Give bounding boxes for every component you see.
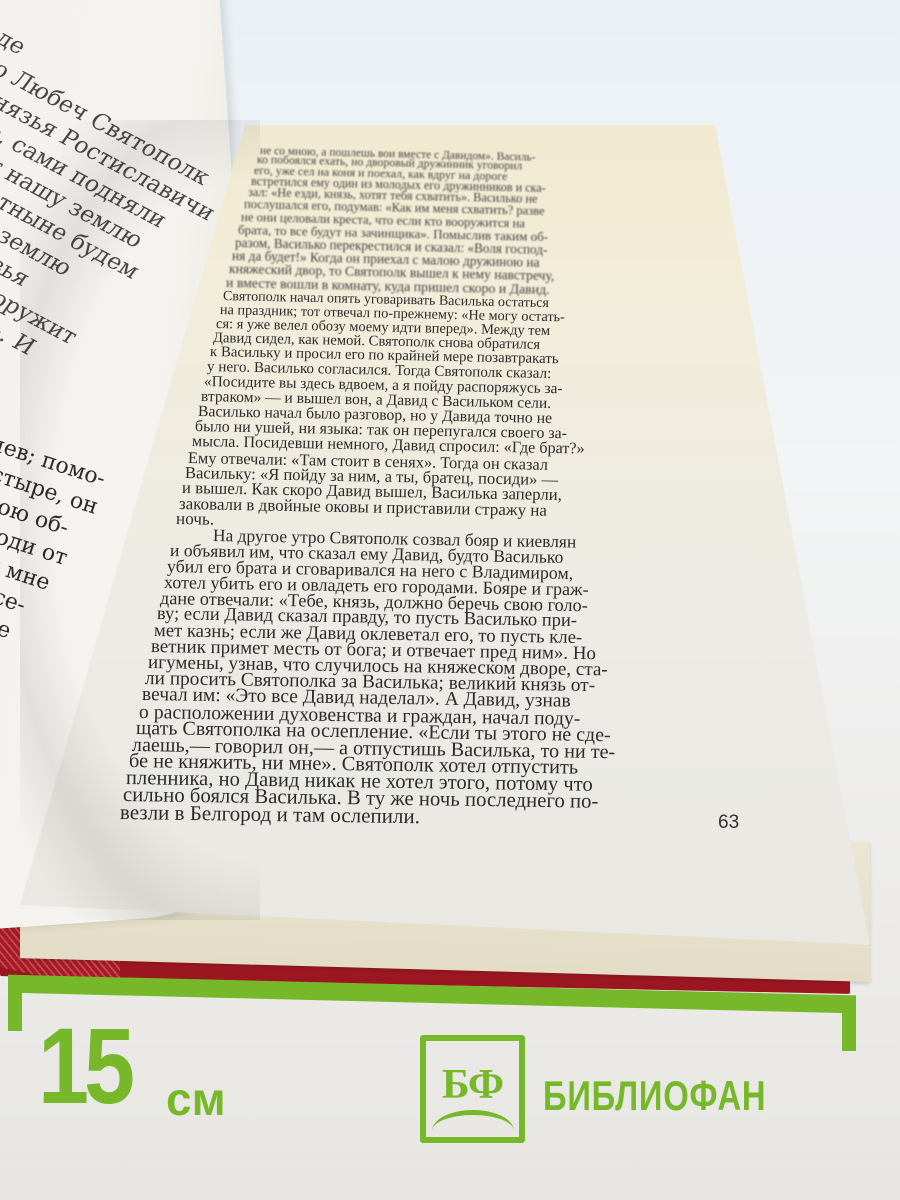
page-number: 63 xyxy=(718,812,739,834)
ruler-tick-right xyxy=(842,1005,856,1051)
brand-name: БИБЛИОФАН xyxy=(543,1072,766,1120)
bibliofan-logo-icon: БФ xyxy=(420,1035,525,1143)
size-label: 15 см xyxy=(38,1012,146,1120)
ruler-line xyxy=(8,975,856,1014)
size-value: 15 xyxy=(38,1012,130,1120)
size-unit: см xyxy=(166,1072,226,1126)
logo-letters: БФ xyxy=(442,1061,503,1109)
open-book-icon xyxy=(432,1110,514,1131)
ruler-tick-left xyxy=(8,985,22,1031)
photo-scene: городесилько Любеч СвятополкОлег; князья… xyxy=(0,0,900,1200)
